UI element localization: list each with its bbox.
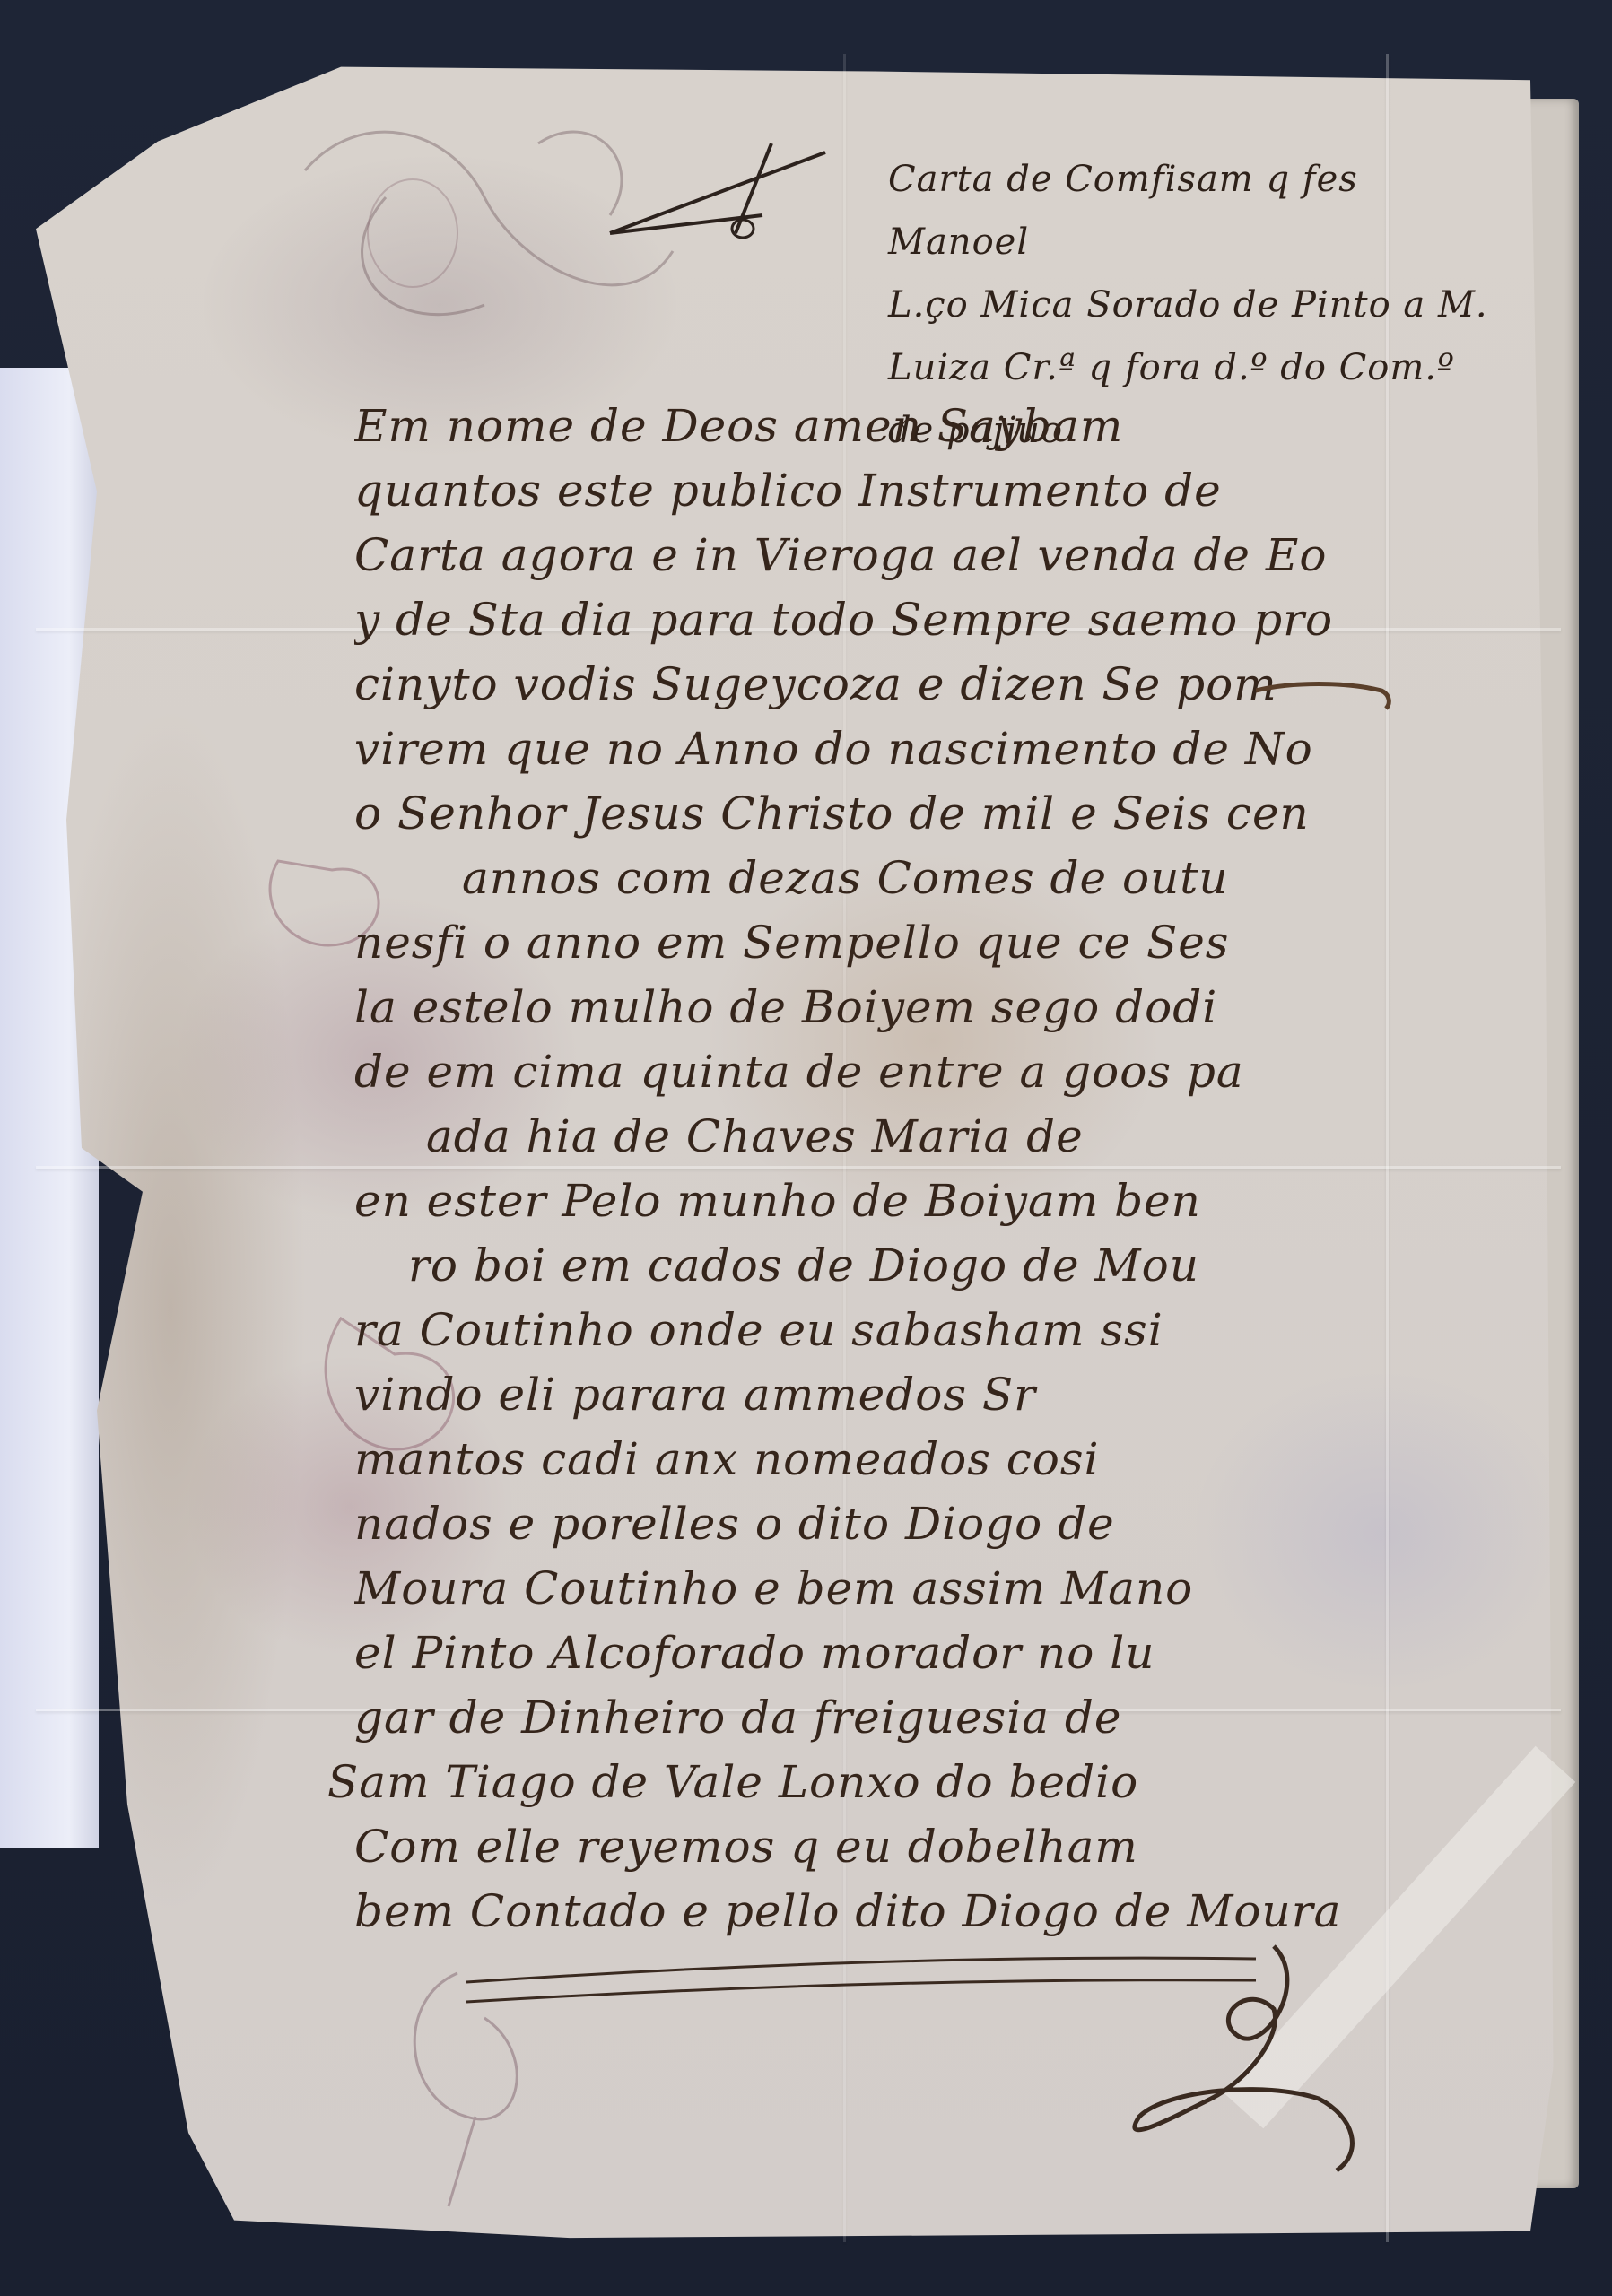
- body-line: virem que no Anno do nascimento de No: [354, 722, 1359, 787]
- heading-line: Carta de Comfisam q fes Manoel: [888, 148, 1498, 274]
- body-line: ra Coutinho onde eu sabasham ssi: [354, 1303, 1359, 1368]
- body-line: Sam Tiago de Vale Lonxo do bedio: [327, 1755, 1359, 1820]
- body-line: la estelo mulho de Boiyem sego dodi: [354, 980, 1359, 1045]
- body-line: nados e porelles o dito Diogo de: [354, 1497, 1359, 1561]
- heading-line: L.ço Mica Sorado de Pinto a M.: [888, 274, 1498, 336]
- body-line: Com elle reyemos q eu dobelham: [354, 1820, 1359, 1884]
- closing-rule-flourish-icon: [466, 1946, 1292, 2018]
- body-line: y de Sta dia para todo Sempre saemo pro: [354, 593, 1359, 657]
- body-line: de em cima quinta de entre a goos pa: [354, 1045, 1359, 1109]
- body-line: Carta agora e in Vieroga ael venda de Eo: [354, 528, 1359, 593]
- body-line: quantos este publico Instrumento de: [354, 464, 1359, 528]
- body-line: vindo eli parara ammedos Sr: [354, 1368, 1359, 1432]
- body-line: mantos cadi anx nomeados cosi: [354, 1432, 1359, 1497]
- body-line: bem Contado e pello dito Diogo de Moura: [354, 1884, 1359, 1949]
- body-line: ro boi em cados de Diogo de Mou: [354, 1239, 1359, 1303]
- document-body: Em nome de Deos amen Saybam quantos este…: [354, 399, 1359, 1949]
- body-line: gar de Dinheiro da freiguesia de: [354, 1691, 1359, 1755]
- body-line: annos com dezas Comes de outu: [354, 851, 1359, 916]
- body-line: nesfi o anno em Sempello que ce Ses: [354, 916, 1359, 980]
- body-line: ada hia de Chaves Maria de: [354, 1109, 1359, 1174]
- body-line: el Pinto Alcoforado morador no lu: [354, 1626, 1359, 1691]
- body-line: en ester Pelo munho de Boiyam ben: [354, 1174, 1359, 1239]
- body-line: Moura Coutinho e bem assim Mano: [354, 1561, 1359, 1626]
- body-line: cinyto vodis Sugeycoza e dizen Se pom: [354, 657, 1359, 722]
- body-line: Em nome de Deos amen Saybam: [354, 399, 1359, 464]
- body-line: o Senhor Jesus Christo de mil e Seis cen: [354, 787, 1359, 851]
